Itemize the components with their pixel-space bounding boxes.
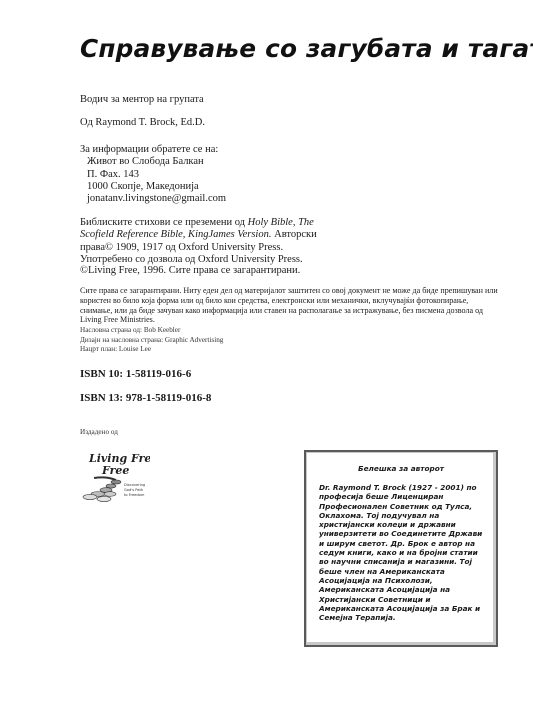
document-subtitle: Водич за ментор на групата: [80, 94, 204, 105]
svg-text:to Freedom: to Freedom: [124, 493, 145, 497]
living-free-logo: Living Free Free Discovering God's Path …: [80, 448, 150, 504]
path-stones-icon: Living Free Free Discovering God's Path …: [80, 448, 150, 504]
svg-text:Discovering: Discovering: [124, 483, 145, 487]
publisher-label: Издадено од: [80, 428, 118, 436]
rights-paragraph: Сите права се загарантирани. Ниту еден д…: [80, 286, 500, 325]
author-bio-box: Белешка за авторот Dr. Raymond T. Brock …: [304, 450, 498, 647]
scripture-prefix: Библиските стихови се преземени од: [80, 217, 248, 228]
contact-line: Живот во Слобода Балкан: [80, 156, 226, 168]
bio-title: Белешка за авторот: [306, 464, 496, 473]
contact-block: За информации обратете се на: Живот во С…: [80, 144, 226, 205]
credit-line: Дизајн на насловна страна: Graphic Adver…: [80, 336, 223, 346]
contact-email: jonatanv.livingstone@gmail.com: [80, 193, 226, 205]
author-line: Од Raymond T. Brock, Ed.D.: [80, 117, 205, 128]
credit-line: Насловна страна од: Bob Keebler: [80, 326, 223, 336]
contact-line: 1000 Скопје, Македонија: [80, 181, 226, 193]
document-title: Справување со загубата и тагата: [80, 34, 533, 63]
isbn-10: ISBN 10: 1-58119-016-6: [80, 368, 191, 380]
isbn-13: ISBN 13: 978-1-58119-016-8: [80, 392, 211, 404]
copyright-line: ©Living Free, 1996. Сите права се загара…: [80, 265, 300, 276]
contact-line: П. Фах. 143: [80, 169, 226, 181]
scripture-notice: Библиските стихови се преземени од Holy …: [80, 217, 330, 266]
contact-heading: За информации обратете се на:: [80, 144, 226, 156]
bio-text: Dr. Raymond T. Brock (1927 - 2001) по пр…: [319, 483, 484, 622]
svg-text:God's Path: God's Path: [124, 488, 143, 492]
credits-block: Насловна страна од: Bob Keebler Дизајн н…: [80, 326, 223, 355]
credit-line: Нацрт план: Louise Lee: [80, 345, 223, 355]
svg-text:Free: Free: [101, 464, 129, 477]
